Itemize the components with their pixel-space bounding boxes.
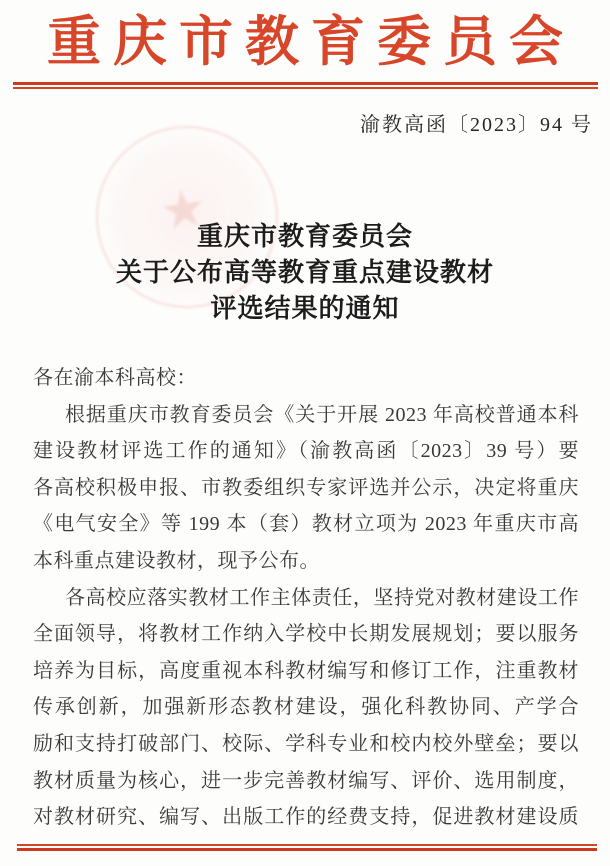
- body-line: 建设教材评选工作的通知》（渝教高函〔2023〕39 号）要求，经: [33, 433, 579, 470]
- notice-title-line-2: 关于公布高等教育重点建设教材: [0, 255, 610, 291]
- document-page: 重庆市教育委员会 渝教高函〔2023〕94 号 ★ 重庆市教育委员会 关于公布高…: [0, 0, 610, 866]
- document-reference-number: 渝教高函〔2023〕94 号: [360, 111, 593, 139]
- body-line: 对教材研究、编写、出版工作的经费支持，促进教材建设质量整: [33, 799, 579, 836]
- notice-body: 各在渝本科高校： 根据重庆市教育委员会《关于开展 2023 年高校普通本科重点 …: [33, 360, 579, 836]
- body-line: 本科重点建设教材，现予公布。: [33, 543, 579, 580]
- body-line: 教材质量为核心，进一步完善教材编写、评价、选用制度，加大: [33, 763, 579, 800]
- body-line: 励和支持打破部门、校际、学科专业和校内校外壁垒；要以提高: [33, 726, 579, 763]
- body-line: 全面领导，将教材工作纳入学校中长期发展规划；要以服务人才: [33, 616, 579, 653]
- notice-title-line-3: 评选结果的通知: [0, 291, 610, 327]
- body-line: 各高校应落实教材工作主体责任，坚持党对教材建设工作的: [33, 580, 579, 617]
- footer-thick-line: [17, 848, 597, 851]
- body-line: 传承创新，加强新形态教材建设，强化科教协同、产学合作，鼓: [33, 689, 579, 726]
- divider-thin-line: [13, 87, 598, 89]
- body-line: 培养为目标，高度重视本科教材编写和修订工作，注重教材编写: [33, 653, 579, 690]
- agency-letterhead-title: 重庆市教育委员会: [0, 4, 610, 80]
- notice-title: 重庆市教育委员会 关于公布高等教育重点建设教材 评选结果的通知: [0, 219, 610, 327]
- body-line: 《电气安全》等 199 本（套）教材立项为 2023 年重庆市高校普通: [33, 506, 579, 543]
- body-line: 根据重庆市教育委员会《关于开展 2023 年高校普通本科重点: [33, 397, 579, 434]
- body-line-salutation: 各在渝本科高校：: [33, 360, 579, 397]
- letterhead-divider-rule: [13, 82, 598, 89]
- notice-title-line-1: 重庆市教育委员会: [0, 219, 610, 255]
- body-line: 各高校积极申报、市教委组织专家评选并公示，决定将重庆大学: [33, 470, 579, 507]
- footer-divider-rule: [17, 844, 597, 851]
